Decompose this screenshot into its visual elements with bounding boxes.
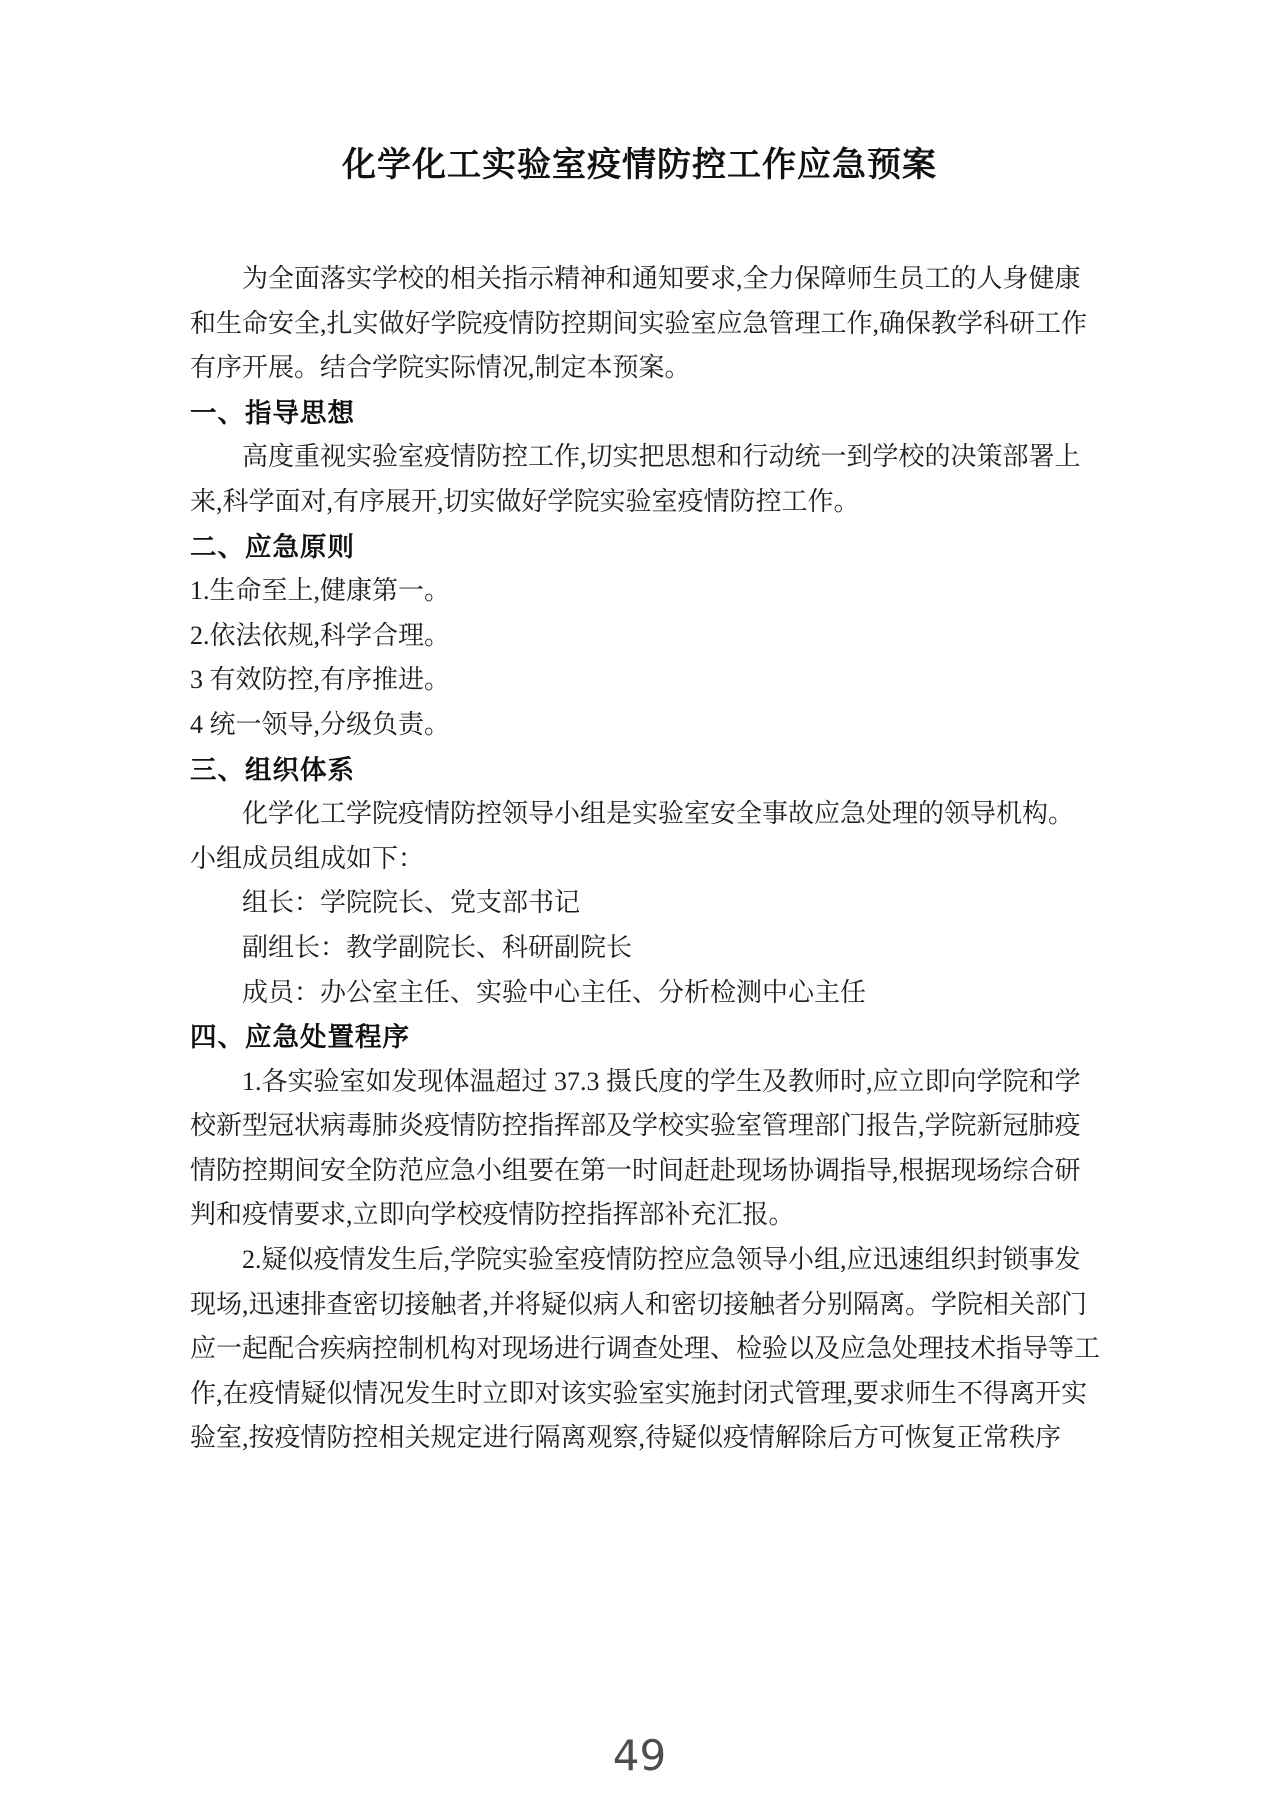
text-line: 来,科学面对,有序展开,切实做好学院实验室疫情防控工作。	[190, 480, 1104, 525]
section-heading-organization-system: 三、组织体系	[190, 748, 1104, 793]
text-line: 化学化工学院疫情防控领导小组是实验室安全事故应急处理的领导机构。	[190, 792, 1104, 837]
text-line: 验室,按疫情防控相关规定进行隔离观察,待疑似疫情解除后方可恢复正常秩序	[190, 1416, 1104, 1461]
text-line: 校新型冠状病毒肺炎疫情防控指挥部及学校实验室管理部门报告,学院新冠肺疫	[190, 1104, 1104, 1149]
text-line: 和生命安全,扎实做好学院疫情防控期间实验室应急管理工作,确保教学科研工作	[190, 302, 1104, 347]
section-heading-guiding-ideology: 一、指导思想	[190, 391, 1104, 436]
text-line: 判和疫情要求,立即向学校疫情防控指挥部补充汇报。	[190, 1193, 1104, 1238]
text-line: 情防控期间安全防范应急小组要在第一时间赶赴现场协调指导,根据现场综合研	[190, 1149, 1104, 1194]
text-line: 有序开展。结合学院实际情况,制定本预案。	[190, 346, 1104, 391]
text-line: 为全面落实学校的相关指示精神和通知要求,全力保障师生员工的人身健康	[190, 257, 1104, 302]
text-line: 小组成员组成如下：	[190, 837, 1104, 882]
text-line: 1.各实验室如发现体温超过 37.3 摄氏度的学生及教师时,应立即向学院和学	[190, 1060, 1104, 1105]
text-line: 现场,迅速排查密切接触者,并将疑似病人和密切接触者分别隔离。学院相关部门	[190, 1283, 1104, 1328]
text-line: 高度重视实验室疫情防控工作,切实把思想和行动统一到学校的决策部署上	[190, 435, 1104, 480]
document-body: 为全面落实学校的相关指示精神和通知要求,全力保障师生员工的人身健康 和生命安全,…	[190, 257, 1104, 1461]
list-item: 2.依法依规,科学合理。	[190, 614, 1104, 659]
list-item: 4 统一领导,分级负责。	[190, 703, 1104, 748]
page-number: 49	[0, 1733, 1279, 1779]
document-title: 化学化工实验室疫情防控工作应急预案	[0, 0, 1279, 191]
role-line-deputy-leader: 副组长：教学副院长、科研副院长	[190, 926, 1104, 971]
text-line: 作,在疫情疑似情况发生时立即对该实验室实施封闭式管理,要求师生不得离开实	[190, 1372, 1104, 1417]
list-item: 3 有效防控,有序推进。	[190, 658, 1104, 703]
text-line: 2.疑似疫情发生后,学院实验室疫情防控应急领导小组,应迅速组织封锁事发	[190, 1238, 1104, 1283]
list-item: 1.生命至上,健康第一。	[190, 569, 1104, 614]
section-heading-emergency-procedures: 四、应急处置程序	[190, 1015, 1104, 1060]
role-line-leader: 组长：学院院长、党支部书记	[190, 881, 1104, 926]
section-heading-emergency-principles: 二、应急原则	[190, 525, 1104, 570]
text-line: 应一起配合疾病控制机构对现场进行调查处理、检验以及应急处理技术指导等工	[190, 1327, 1104, 1372]
role-line-members: 成员：办公室主任、实验中心主任、分析检测中心主任	[190, 971, 1104, 1016]
document-page: 化学化工实验室疫情防控工作应急预案 为全面落实学校的相关指示精神和通知要求,全力…	[0, 0, 1279, 1809]
